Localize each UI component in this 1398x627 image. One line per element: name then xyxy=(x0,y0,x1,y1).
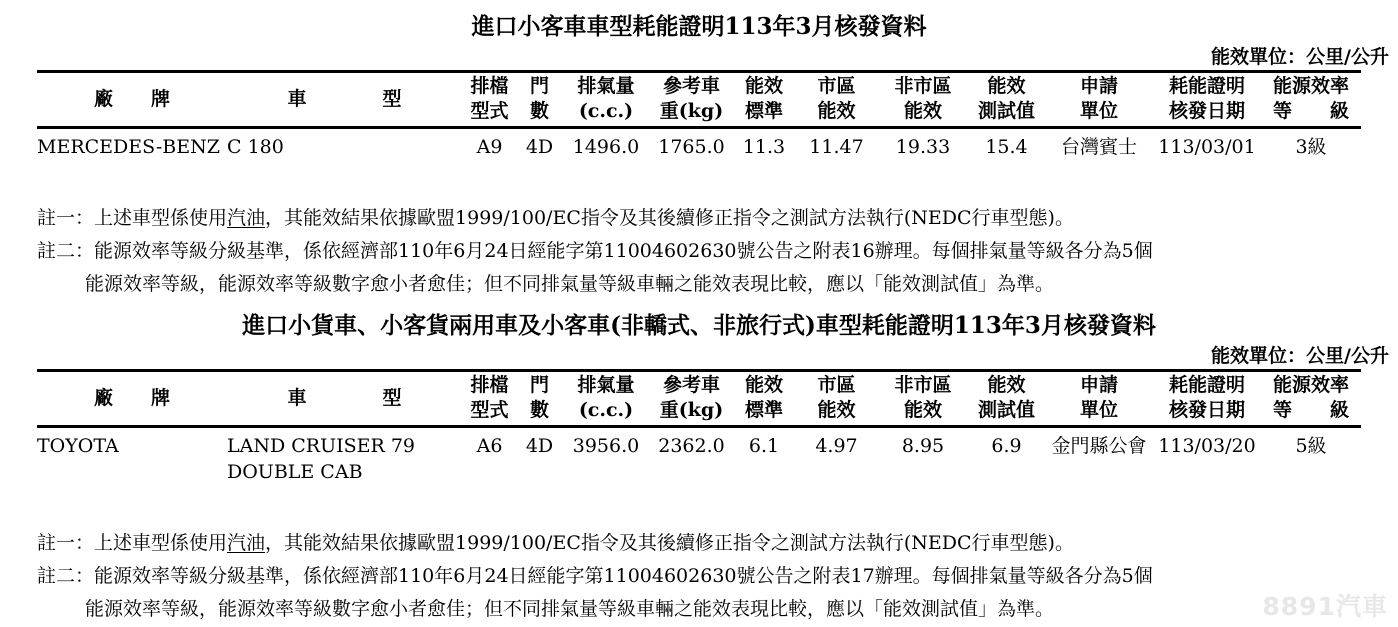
col-header-urban-efficiency: 市區能效 xyxy=(795,72,878,128)
cell-efficiency-standard: 11.3 xyxy=(733,128,795,161)
cell-test-value: 15.4 xyxy=(968,128,1045,161)
note-1-prefix: 註一：上述車型係使用 xyxy=(37,532,227,554)
cell-nonurban-efficiency: 8.95 xyxy=(878,427,968,486)
cell-displacement: 3956.0 xyxy=(562,427,650,486)
fuel-type-underlined: 汽油 xyxy=(227,207,265,229)
cell-energy-grade: 3級 xyxy=(1261,128,1361,161)
fuel-certificate-document: 進口小客車車型耗能證明113年3月核發資料 能效單位：公里/公升 廠 牌 車 型… xyxy=(0,0,1398,627)
col-header-energy-grade: 能源效率等 級 xyxy=(1261,371,1361,427)
col-header-doors: 門數 xyxy=(517,371,562,427)
col-header-brand: 廠 牌 xyxy=(37,72,227,128)
note-1-prefix: 註一：上述車型係使用 xyxy=(37,207,227,229)
cell-applicant: 台灣賓士 xyxy=(1045,128,1153,161)
cell-transmission: A9 xyxy=(462,128,517,161)
col-header-displacement: 排氣量(c.c.) xyxy=(562,72,650,128)
table2-header-row: 廠 牌 車 型 排檔型式 門數 排氣量(c.c.) 參考車重(kg) 能效標準 … xyxy=(37,371,1361,427)
note-2-line-2: 能源效率等級，能源效率等級數字愈小者愈佳；但不同排氣量等級車輛之能效表現比較，應… xyxy=(85,593,1361,626)
table1-header-row: 廠 牌 車 型 排檔型式 門數 排氣量(c.c.) 參考車重(kg) 能效標準 … xyxy=(37,72,1361,128)
cell-urban-efficiency: 4.97 xyxy=(795,427,878,486)
note-2-line-1: 註二：能源效率等級分級基準，係依經濟部110年6月24日經能字第11004602… xyxy=(37,235,1361,268)
cell-weight: 1765.0 xyxy=(650,128,733,161)
col-header-transmission: 排檔型式 xyxy=(462,72,517,128)
cell-brand: TOYOTA xyxy=(37,427,227,486)
light-truck-section: 進口小貨車、小客貨兩用車及小客車(非轎式、非旅行式)車型耗能證明113年3月核發… xyxy=(37,311,1361,626)
cell-transmission: A6 xyxy=(462,427,517,486)
cell-model: C 180 xyxy=(227,128,462,161)
table1: 廠 牌 車 型 排檔型式 門數 排氣量(c.c.) 參考車重(kg) 能效標準 … xyxy=(37,70,1361,160)
cell-nonurban-efficiency: 19.33 xyxy=(878,128,968,161)
cell-brand: MERCEDES-BENZ xyxy=(37,128,227,161)
col-header-nonurban-efficiency: 非市區能效 xyxy=(878,371,968,427)
table2-unit-note: 能效單位：公里/公升 xyxy=(37,345,1389,368)
col-header-nonurban-efficiency: 非市區能效 xyxy=(878,72,968,128)
col-header-energy-grade: 能源效率等 級 xyxy=(1261,72,1361,128)
note-1-suffix: ，其能效結果依據歐盟1999/100/EC指令及其後續修正指令之測試方法執行(N… xyxy=(265,532,1074,554)
table1-notes: 註一：上述車型係使用汽油，其能效結果依據歐盟1999/100/EC指令及其後續修… xyxy=(37,202,1361,301)
col-header-applicant: 申請單位 xyxy=(1045,371,1153,427)
cell-efficiency-standard: 6.1 xyxy=(733,427,795,486)
col-header-test-value: 能效測試值 xyxy=(968,371,1045,427)
col-header-issue-date: 耗能證明核發日期 xyxy=(1153,72,1261,128)
note-1: 註一：上述車型係使用汽油，其能效結果依據歐盟1999/100/EC指令及其後續修… xyxy=(37,527,1361,560)
note-2-line-1: 註二：能源效率等級分級基準，係依經濟部110年6月24日經能字第11004602… xyxy=(37,560,1361,593)
col-header-transmission: 排檔型式 xyxy=(462,371,517,427)
col-header-weight: 參考車重(kg) xyxy=(650,72,733,128)
table-row: MERCEDES-BENZ C 180 A9 4D 1496.0 1765.0 … xyxy=(37,128,1361,161)
col-header-model: 車 型 xyxy=(227,72,462,128)
col-header-test-value: 能效測試值 xyxy=(968,72,1045,128)
table2-title: 進口小貨車、小客貨兩用車及小客車(非轎式、非旅行式)車型耗能證明113年3月核發… xyxy=(37,311,1361,341)
note-2-line-2: 能源效率等級，能源效率等級數字愈小者愈佳；但不同排氣量等級車輛之能效表現比較，應… xyxy=(85,268,1361,301)
cell-test-value: 6.9 xyxy=(968,427,1045,486)
table2: 廠 牌 車 型 排檔型式 門數 排氣量(c.c.) 參考車重(kg) 能效標準 … xyxy=(37,369,1361,485)
fuel-type-underlined: 汽油 xyxy=(227,532,265,554)
col-header-applicant: 申請單位 xyxy=(1045,72,1153,128)
cell-doors: 4D xyxy=(517,427,562,486)
col-header-displacement: 排氣量(c.c.) xyxy=(562,371,650,427)
col-header-efficiency-standard: 能效標準 xyxy=(733,371,795,427)
cell-displacement: 1496.0 xyxy=(562,128,650,161)
col-header-doors: 門數 xyxy=(517,72,562,128)
cell-applicant: 金門縣公會 xyxy=(1045,427,1153,486)
table2-notes: 註一：上述車型係使用汽油，其能效結果依據歐盟1999/100/EC指令及其後續修… xyxy=(37,527,1361,626)
cell-urban-efficiency: 11.47 xyxy=(795,128,878,161)
site-watermark: 8891汽車 xyxy=(1262,587,1388,623)
col-header-issue-date: 耗能證明核發日期 xyxy=(1153,371,1261,427)
table1-title: 進口小客車車型耗能證明113年3月核發資料 xyxy=(37,12,1361,42)
note-1: 註一：上述車型係使用汽油，其能效結果依據歐盟1999/100/EC指令及其後續修… xyxy=(37,202,1361,235)
col-header-weight: 參考車重(kg) xyxy=(650,371,733,427)
col-header-model: 車 型 xyxy=(227,371,462,427)
cell-weight: 2362.0 xyxy=(650,427,733,486)
col-header-brand: 廠 牌 xyxy=(37,371,227,427)
col-header-efficiency-standard: 能效標準 xyxy=(733,72,795,128)
table-row: TOYOTA LAND CRUISER 79 DOUBLE CAB A6 4D … xyxy=(37,427,1361,486)
cell-model: LAND CRUISER 79 DOUBLE CAB xyxy=(227,427,462,486)
table1-unit-note: 能效單位：公里/公升 xyxy=(37,46,1389,69)
cell-issue-date: 113/03/01 xyxy=(1153,128,1261,161)
cell-doors: 4D xyxy=(517,128,562,161)
cell-issue-date: 113/03/20 xyxy=(1153,427,1261,486)
cell-energy-grade: 5級 xyxy=(1261,427,1361,486)
col-header-urban-efficiency: 市區能效 xyxy=(795,371,878,427)
note-1-suffix: ，其能效結果依據歐盟1999/100/EC指令及其後續修正指令之測試方法執行(N… xyxy=(265,207,1074,229)
passenger-car-section: 進口小客車車型耗能證明113年3月核發資料 能效單位：公里/公升 廠 牌 車 型… xyxy=(37,12,1361,301)
